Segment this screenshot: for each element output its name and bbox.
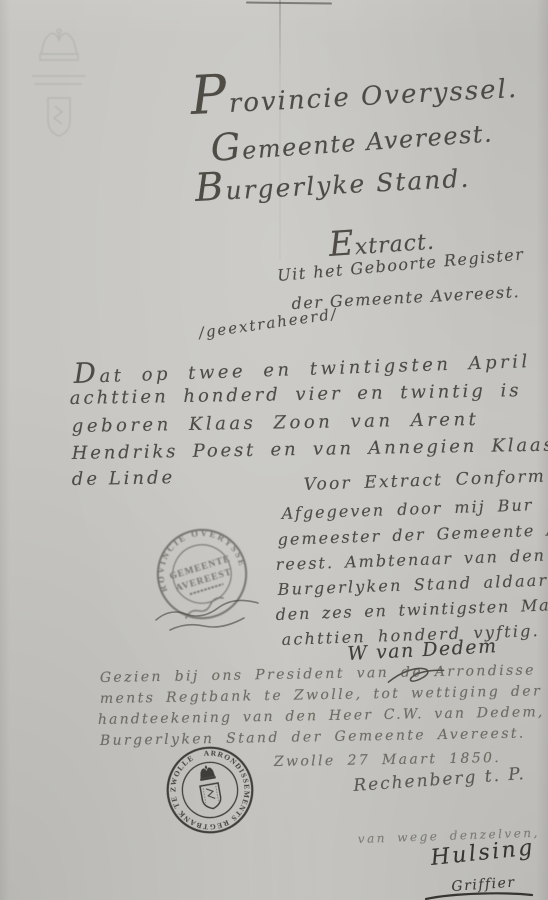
embossed-crown-watermark-icon — [24, 28, 94, 148]
extract-annotation: /geextraheerd/ — [198, 307, 339, 341]
body-line-5: de Linde — [72, 469, 176, 489]
certification-opening: Voor Extract Conform — [303, 469, 546, 494]
lion-shield-icon — [200, 783, 222, 810]
legalisation-line-1: Gezien bij ons President van de Arrondis… — [100, 663, 536, 685]
document-page: Provincie Overyssel. Gemeente Avereest. … — [0, 0, 548, 900]
certification-line-1: Afgegeven door mij Bur — [281, 497, 533, 522]
crown-icon — [198, 764, 216, 781]
stamp-regtbank-zwolle: ARRONDISSEMENTS REGTBANK TE ZWOLLE — [157, 737, 264, 844]
stamp-signature-scribble — [152, 596, 267, 638]
crease-line — [246, 2, 332, 5]
legalisation-dateline: Zwolle 27 Maart 1850. — [274, 751, 502, 769]
certification-line-2: gemeester der Gemeente Ave — [277, 521, 548, 548]
body-line-3: geboren Klaas Zoon van Arent — [72, 411, 480, 436]
body-line-4: Hendriks Poest en van Annegien Klaas — [72, 437, 548, 463]
body-line-2: achttien honderd vier en twintig is — [70, 382, 522, 408]
legalisation-line-4: Burgerlyken Stand der Gemeente Avereest. — [100, 727, 526, 748]
clerk-underline-flourish — [424, 891, 536, 900]
legalisation-line-2: ments Regtbank te Zwolle, tot wettiging … — [100, 684, 542, 706]
certification-line-4: Burgerlyken Stand aldaar — [277, 573, 548, 598]
signature-van-dedem: W van Dedem — [347, 637, 498, 664]
signature-president: Rechenberg t. P. — [353, 766, 526, 795]
certification-line-3: reest. Ambtenaar van den — [275, 548, 546, 573]
certification-line-5: den zes en twintigsten Maart — [275, 596, 548, 623]
legalisation-line-3: handteekening van den Heer C.W. van Dede… — [98, 705, 545, 727]
